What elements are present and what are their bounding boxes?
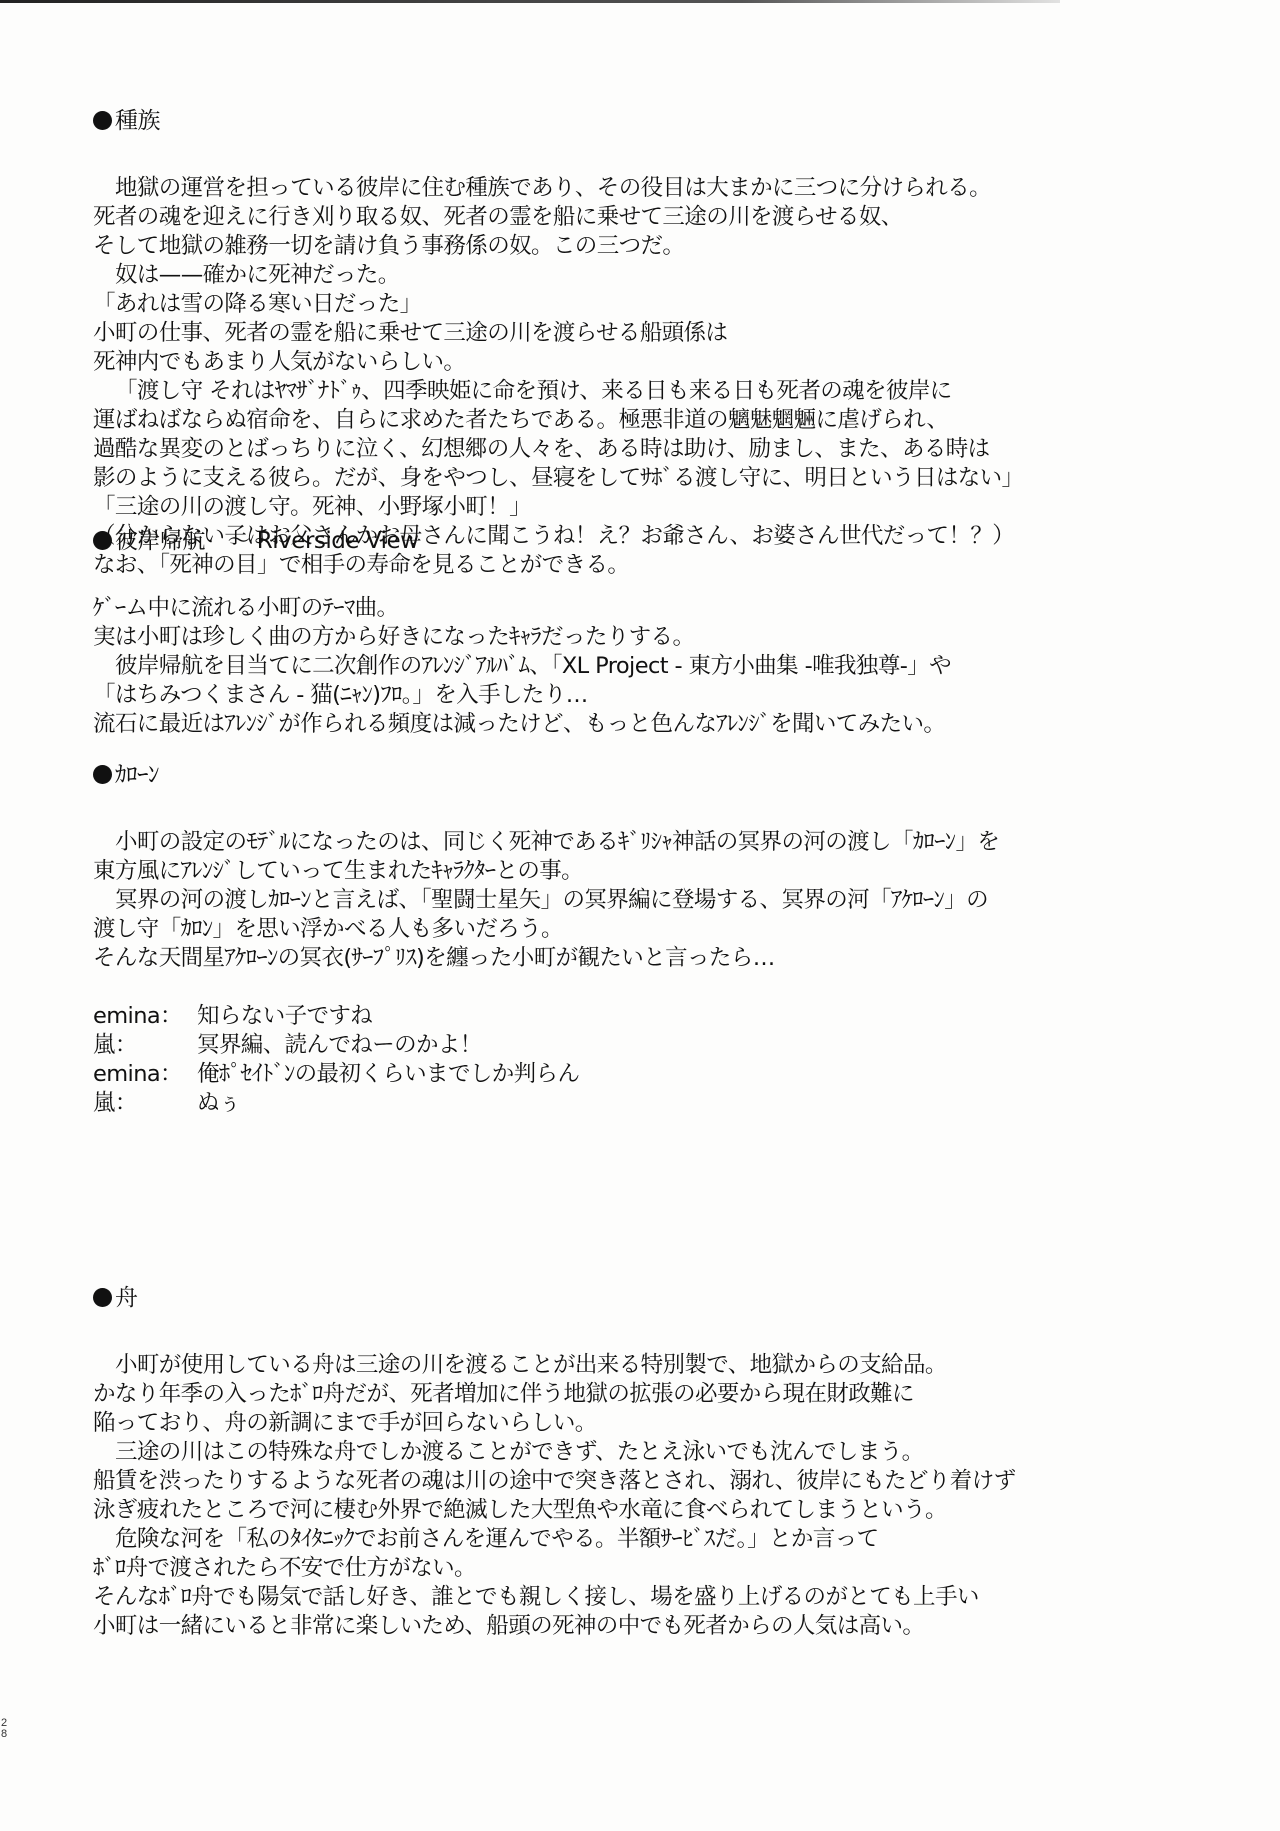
dialogue-line: emina：俺ﾎﾟｾｲﾄﾞﾝの最初くらいまでしか判らん [93,1060,1213,1089]
text-line: 死神内でもあまり人気がないらしい。 [93,348,1213,377]
text-line: 東方風にｱﾚﾝｼﾞしていって生まれたｷｬﾗｸﾀｰとの事。 [93,857,1213,886]
text-line: 小町の仕事、死者の霊を船に乗せて三途の川を渡らせる船頭係は [93,319,1213,348]
text-line: 地獄の運営を担っている彼岸に住む種族であり、その役目は大まかに三つに分けられる。 [93,174,1213,203]
bullet-icon [93,111,112,130]
speaker-name: emina： [93,1060,197,1089]
text-line: 陥っており、舟の新調にまで手が回らないらしい。 [93,1409,1213,1438]
text-line: 影のように支える彼ら。だが、身をやつし、昼寝をしてｻﾎﾞる渡し守に、明日という日… [93,464,1213,493]
text-line: 小町は一緒にいると非常に楽しいため、船頭の死神の中でも死者からの人気は高い。 [93,1612,1213,1641]
dialogue-line: 嵐： ぬぅ [93,1089,1213,1118]
section-fune: 舟 小町が使用している舟は三途の川を渡ることが出来る特別製で、地獄からの支給品。… [93,1283,1213,1641]
text-line: 小町が使用している舟は三途の川を渡ることが出来る特別製で、地獄からの支給品。 [93,1351,1213,1380]
section-heading: ｶﾛｰﾝ [93,760,1213,790]
heading-text: 舟 [115,1285,138,1311]
heading-text: 彼岸帰航 ～ Riverside View [115,528,418,554]
dialogue-text: 知らない子ですね [197,1002,372,1031]
text-line: 「三途の川の渡し守。死神、小野塚小町！」 [93,493,1213,522]
text-line: かなり年季の入ったﾎﾞﾛ舟だが、死者増加に伴う地獄の拡張の必要から現在財政難に [93,1380,1213,1409]
text-line: そして地獄の雑務一切を請け負う事務係の奴。この三つだ。 [93,232,1213,261]
section-heading: 彼岸帰航 ～ Riverside View [93,526,1213,556]
text-line: 実は小町は珍しく曲の方から好きになったｷｬﾗだったりする。 [93,623,1213,652]
section-body: 小町が使用している舟は三途の川を渡ることが出来る特別製で、地獄からの支給品。かな… [93,1351,1213,1641]
text-line: 冥界の河の渡しｶﾛｰﾝと言えば、「聖闘士星矢」の冥界編に登場する、冥界の河「ｱｹ… [93,886,1213,915]
bullet-icon [93,1288,112,1307]
section-shuzoku: 種族 地獄の運営を担っている彼岸に住む種族であり、その役目は大まかに三つに分けら… [93,106,1213,580]
text-line: 危険な河を「私のﾀｲﾀﾆｯｸでお前さんを運んでやる。半額ｻｰﾋﾞｽだ。」とか言っ… [93,1525,1213,1554]
section-body: 小町の設定のﾓﾃﾞﾙになったのは、同じく死神であるｷﾞﾘｼｬ神話の冥界の河の渡し… [93,828,1213,973]
speaker-name: 嵐： [93,1031,197,1060]
text-line: 三途の川はこの特殊な舟でしか渡ることができず、たとえ泳いでも沈んでしまう。 [93,1438,1213,1467]
section-body: 地獄の運営を担っている彼岸に住む種族であり、その役目は大まかに三つに分けられる。… [93,174,1213,580]
speaker-name: 嵐： [93,1089,197,1118]
bullet-icon [93,531,112,550]
dialogue-text: ぬぅ [197,1089,241,1118]
section-heading: 種族 [93,106,1213,136]
text-line: 「あれは雪の降る寒い日だった」 [93,290,1213,319]
text-line: 「渡し守 それはﾔﾏｻﾞﾅﾄﾞｩ、四季映姫に命を預け、来る日も来る日も死者の魂を… [93,377,1213,406]
section-body: ｹﾞｰム中に流れる小町のﾃｰﾏ曲。実は小町は珍しく曲の方から好きになったｷｬﾗだ… [93,594,1213,739]
bullet-icon [93,765,112,784]
text-line: ﾎﾞﾛ舟で渡されたら不安で仕方がない。 [93,1554,1213,1583]
text-line: 運ばねばならぬ宿命を、自らに求めた者たちである。極悪非道の魑魅魍魎に虐げられ、 [93,406,1213,435]
text-line: 船賃を渋ったりするような死者の魂は川の途中で突き落とされ、溺れ、彼岸にもたどり着… [93,1467,1213,1496]
section-higan-kikou: 彼岸帰航 ～ Riverside View ｹﾞｰム中に流れる小町のﾃｰﾏ曲。実… [93,526,1213,739]
top-edge-rule [0,0,1060,3]
page-number: 28 [1,1718,9,1740]
text-line: そんな天間星ｱｹﾛｰﾝの冥衣(ｻｰﾌﾟﾘｽ)を纏った小町が観たいと言ったら… [93,944,1213,973]
dialogue-line: 嵐：冥界編、読んでねーのかよ！ [93,1031,1213,1060]
dialogue-block: emina：知らない子ですね嵐：冥界編、読んでねーのかよ！emina：俺ﾎﾟｾｲ… [93,1002,1213,1118]
dialogue-text: 冥界編、読んでねーのかよ！ [197,1031,482,1060]
dialogue-text: 俺ﾎﾟｾｲﾄﾞﾝの最初くらいまでしか判らん [197,1060,579,1089]
text-line: 死者の魂を迎えに行き刈り取る奴、死者の霊を船に乗せて三途の川を渡らせる奴、 [93,203,1213,232]
heading-text: 種族 [115,108,160,134]
text-line: ｹﾞｰム中に流れる小町のﾃｰﾏ曲。 [93,594,1213,623]
text-line: 奴は——確かに死神だった。 [93,261,1213,290]
dialogue-line: emina：知らない子ですね [93,1002,1213,1031]
section-charon: ｶﾛｰﾝ 小町の設定のﾓﾃﾞﾙになったのは、同じく死神であるｷﾞﾘｼｬ神話の冥界… [93,760,1213,1118]
text-line: 過酷な異変のとばっちりに泣く、幻想郷の人々を、ある時は助け、励まし、また、ある時… [93,435,1213,464]
text-line: 流石に最近はｱﾚﾝｼﾞが作られる頻度は減ったけど、もっと色んなｱﾚﾝｼﾞを聞いて… [93,710,1213,739]
text-line: 渡し守「ｶﾛﾝ」を思い浮かべる人も多いだろう。 [93,915,1213,944]
heading-text: ｶﾛｰﾝ [115,762,159,788]
text-line: 小町の設定のﾓﾃﾞﾙになったのは、同じく死神であるｷﾞﾘｼｬ神話の冥界の河の渡し… [93,828,1213,857]
text-line: 彼岸帰航を目当てに二次創作のｱﾚﾝｼﾞｱﾙﾊﾞﾑ、「XL Project - 東… [93,652,1213,681]
section-heading: 舟 [93,1283,1213,1313]
speaker-name: emina： [93,1002,197,1031]
text-line: そんなﾎﾞﾛ舟でも陽気で話し好き、誰とでも親しく接し、場を盛り上げるのがとても上… [93,1583,1213,1612]
text-line: 泳ぎ疲れたところで河に棲む外界で絶滅した大型魚や水竜に食べられてしまうという。 [93,1496,1213,1525]
text-line: 「はちみつくまさん - 猫(ﾆｬﾝ)ﾌﾛ。」を入手したり… [93,681,1213,710]
